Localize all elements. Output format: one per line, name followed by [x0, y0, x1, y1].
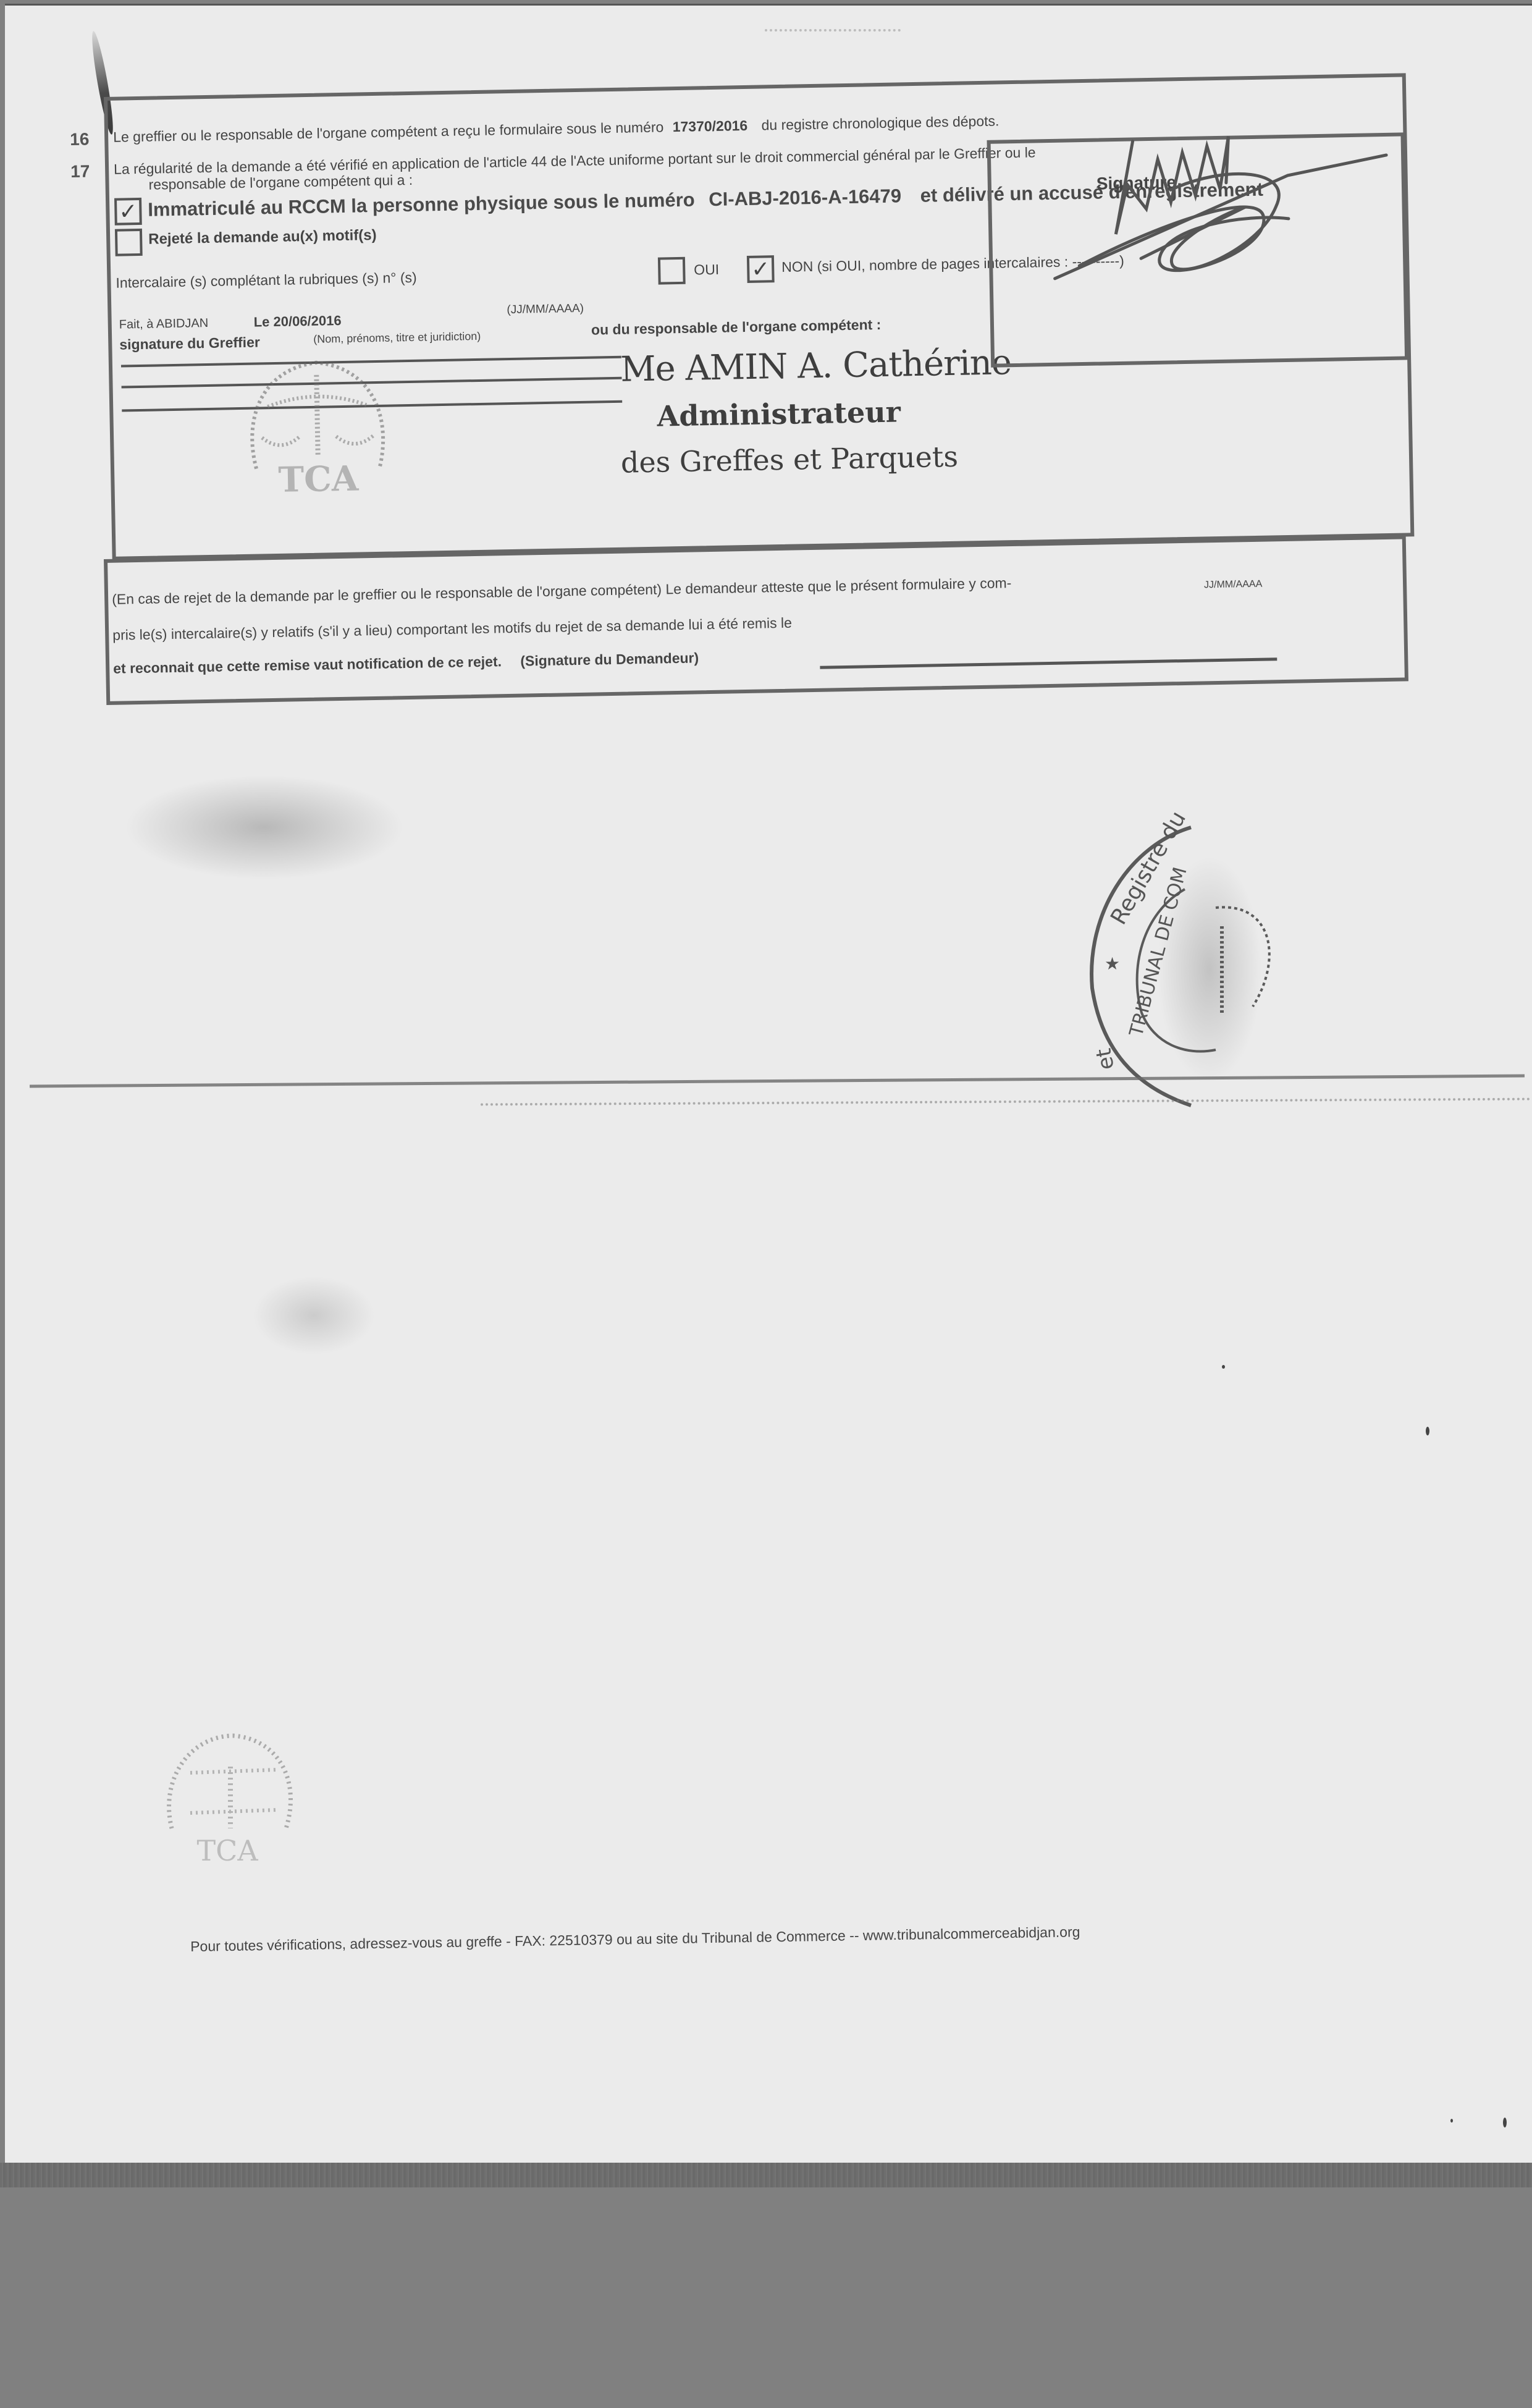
- signature-box[interactable]: Signature: [987, 132, 1409, 367]
- tca-scales-stamp-icon: TCA: [235, 342, 399, 500]
- item-number-16: 16: [70, 129, 90, 150]
- fait-a-label: Fait, à ABIDJAN: [119, 316, 209, 332]
- registered-label-before: Immatriculé au RCCM la personne physique…: [148, 189, 695, 221]
- registry-number: 17370/2016: [672, 117, 747, 135]
- rejection-line-3-text: et reconnait que cette remise vaut notif…: [113, 653, 502, 677]
- handwritten-signature-icon: [1040, 111, 1438, 304]
- item-number-17: 17: [70, 161, 90, 182]
- intercalaire-non-checkbox[interactable]: ✓: [747, 255, 775, 283]
- rejection-box: (En cas de rejet de la demande par le gr…: [104, 535, 1408, 705]
- rejected-checkbox[interactable]: [115, 229, 143, 256]
- registered-checkbox[interactable]: ✓: [114, 198, 142, 226]
- speck: [1450, 2119, 1453, 2123]
- scanner-edge-strip: [0, 2163, 1532, 2187]
- stamp-text-et: et: [1092, 1047, 1119, 1072]
- signing-date: Le 20/06/2016: [253, 313, 341, 331]
- item-separator: [105, 153, 109, 156]
- rejection-line-3: et reconnait que cette remise vaut notif…: [113, 649, 699, 677]
- intercalaire-label: Intercalaire (s) complétant la rubriques…: [116, 269, 417, 292]
- registration-box: 16 Le greffier ou le responsable de l'or…: [104, 73, 1414, 560]
- header-remnant: [765, 29, 901, 32]
- svg-text:TCA: TCA: [278, 458, 360, 501]
- speck: [1222, 1365, 1225, 1369]
- item16-text: Le greffier ou le responsable de l'organ…: [113, 112, 1000, 145]
- tca-faint-stamp-icon: TCA: [153, 1730, 301, 1865]
- footer-verification-note: Pour toutes vérifications, adressez-vous…: [190, 1924, 1080, 1955]
- rejection-line-1: (En cas de rejet de la demande par le gr…: [112, 575, 1012, 608]
- checkmark-icon: ✓: [119, 200, 138, 223]
- responsable-label: ou du responsable de l'organe compétent …: [591, 316, 882, 339]
- speck: [1503, 2118, 1507, 2127]
- rejection-date-format: JJ/MM/AAAA: [1204, 579, 1263, 591]
- svg-text:TCA: TCA: [196, 1834, 258, 1865]
- official-title: Administrateur: [657, 395, 901, 433]
- speck: [1426, 1427, 1429, 1435]
- applicant-signature-hint: (Signature du Demandeur): [520, 649, 699, 669]
- rejected-option-label: Rejeté la demande au(x) motif(s): [148, 227, 377, 248]
- date-format-hint: (JJ/MM/AAAA): [507, 302, 584, 317]
- item16-text-after: du registre chronologique des dépots.: [761, 112, 999, 133]
- official-name: Me AMIN A. Cathérine: [620, 342, 1012, 390]
- scanned-page: 16 Le greffier ou le responsable de l'or…: [5, 4, 1532, 2165]
- rccm-number: CI-ABJ-2016-A-16479: [709, 185, 901, 210]
- official-subtitle: des Greffes et Parquets: [620, 440, 958, 479]
- applicant-signature-line[interactable]: [820, 657, 1277, 669]
- item17-line1: La régularité de la demande a été vérifi…: [114, 144, 1036, 177]
- item16-text-before: Le greffier ou le responsable de l'organ…: [113, 119, 664, 145]
- intercalaire-oui-checkbox[interactable]: [658, 257, 686, 285]
- stamp-star-icon: ★: [1105, 954, 1120, 973]
- rejection-line-2: pris le(s) intercalaire(s) y relatifs (s…: [112, 615, 792, 644]
- checkmark-icon: ✓: [751, 258, 770, 281]
- court-registry-stamp-icon: ★ Registre du C TRIBUNAL DE COM et: [1067, 809, 1512, 1130]
- intercalaire-oui-label: OUI: [694, 261, 719, 279]
